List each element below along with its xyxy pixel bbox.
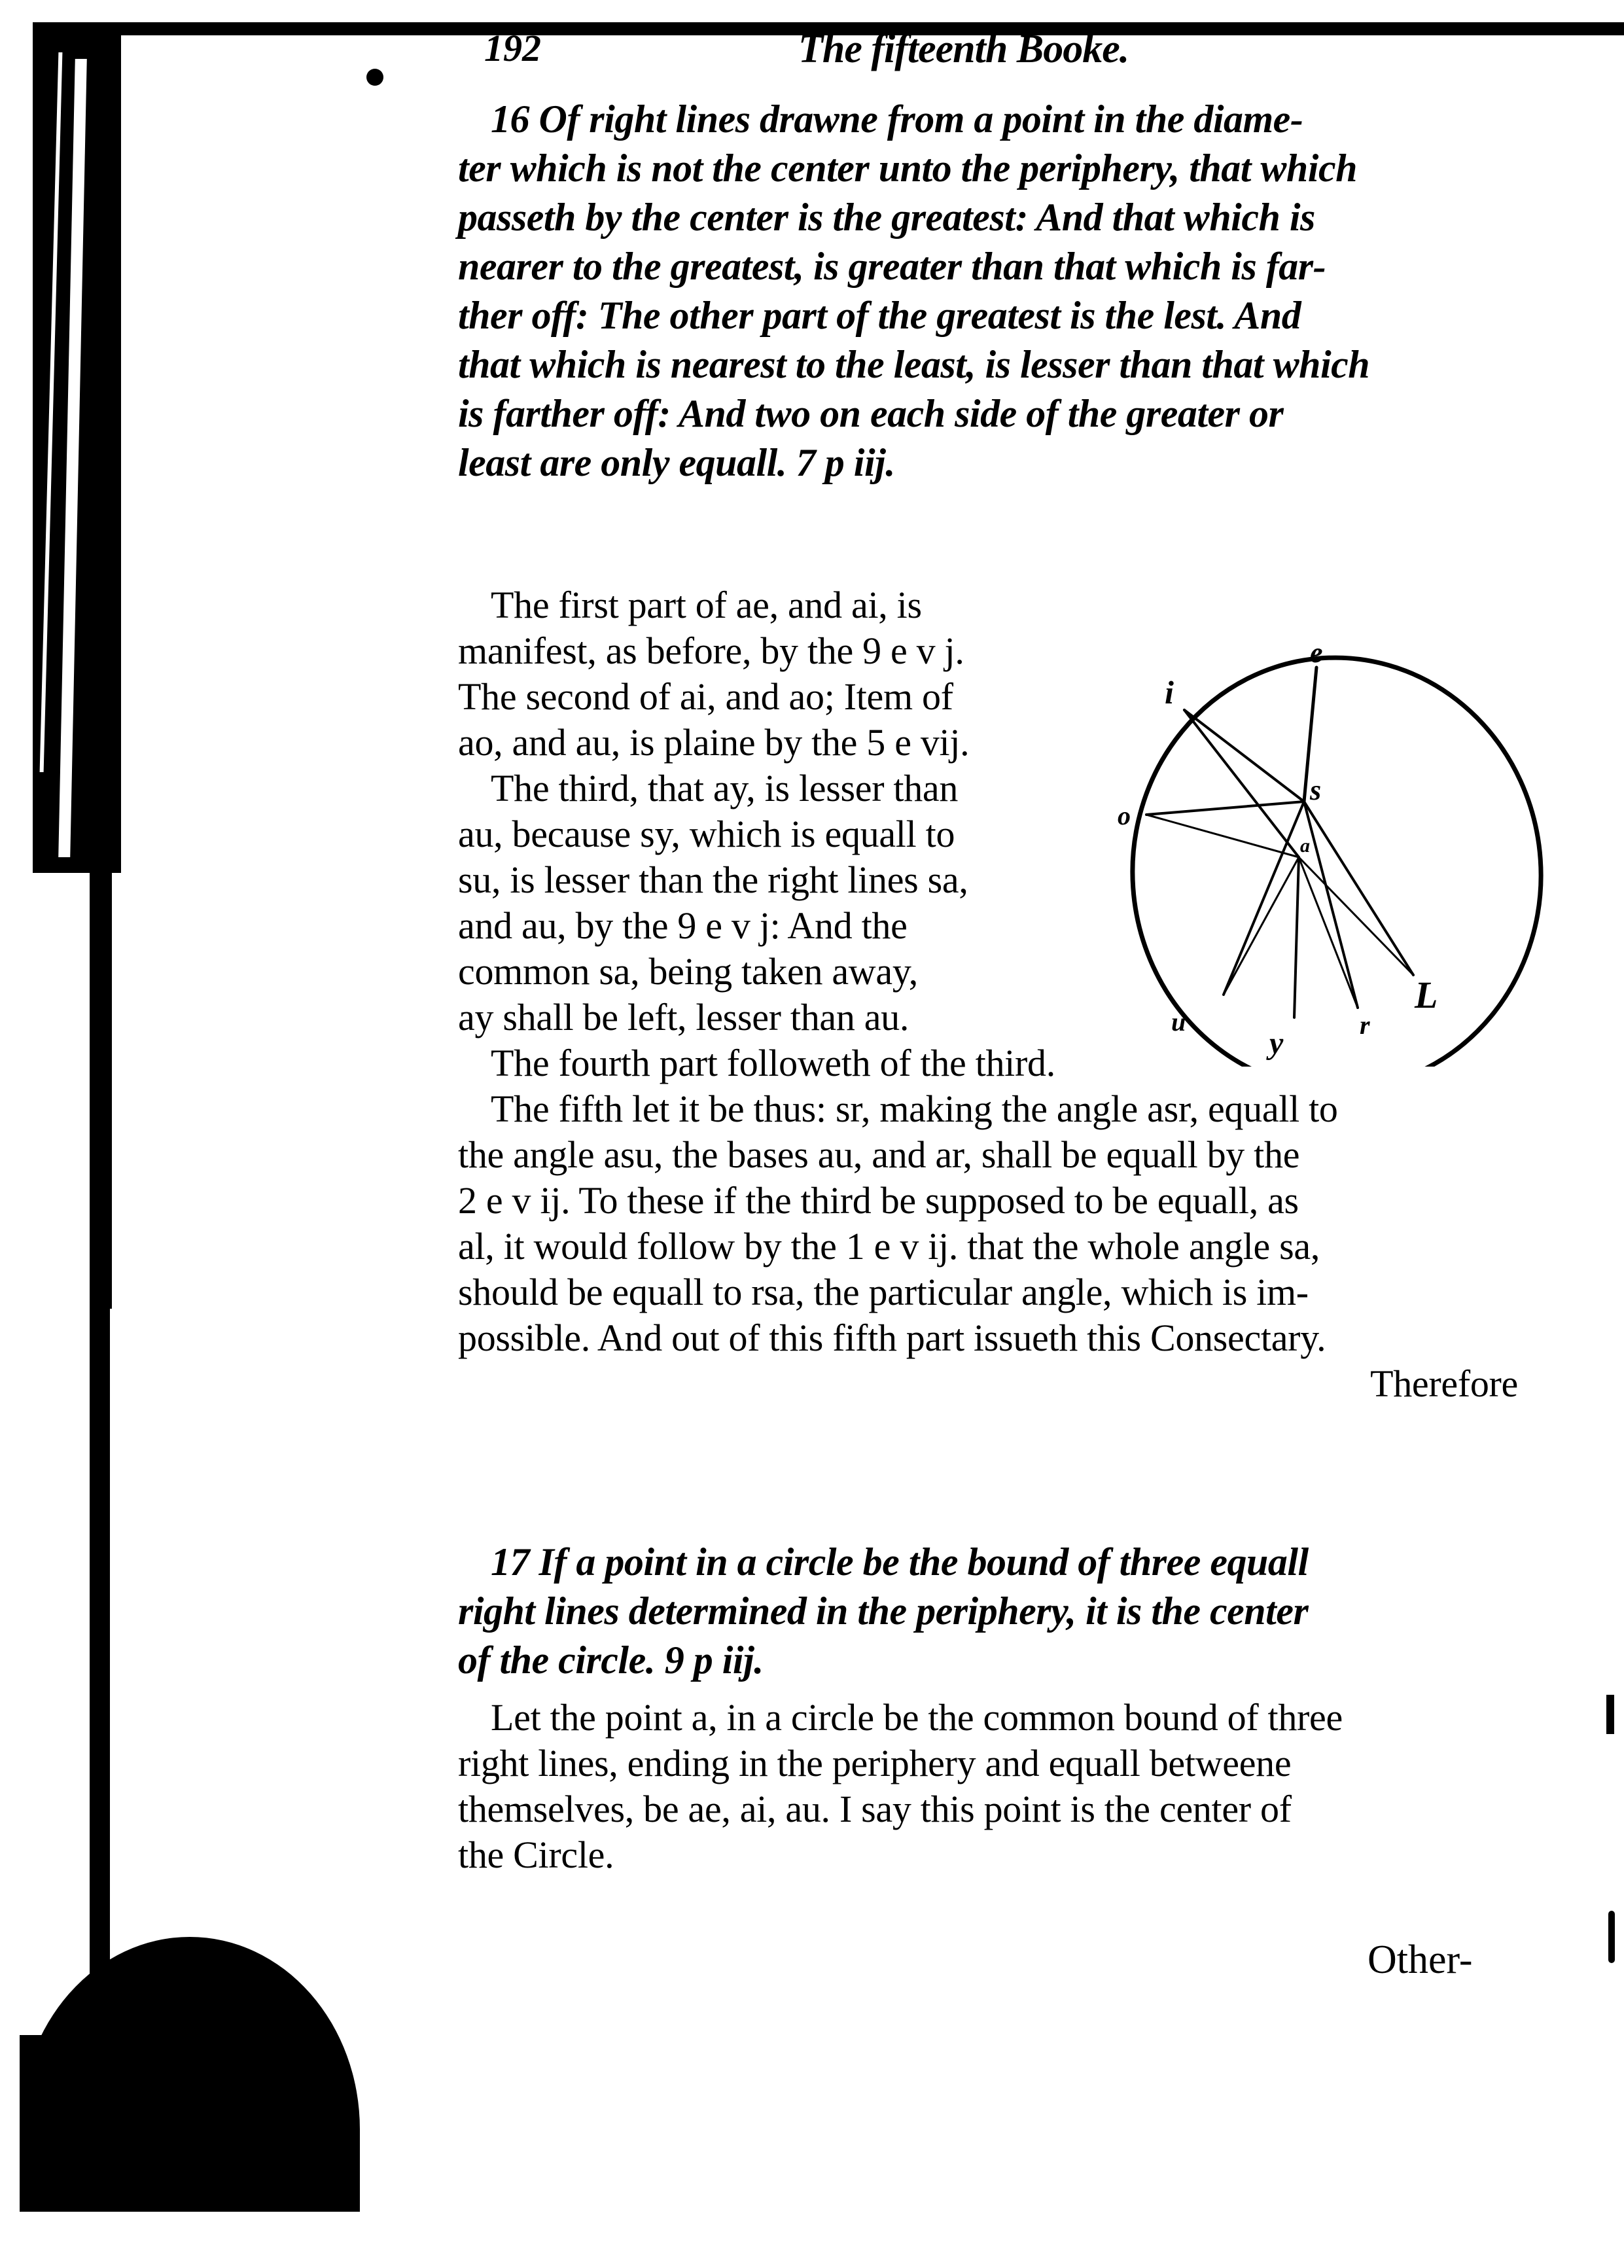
proof-line: possible. And out of this fifth part iss… <box>458 1315 1518 1361</box>
proposition-line: nearer to the greatest, is greater than … <box>458 242 1518 291</box>
proposition-line: is farther off: And two on each side of … <box>458 389 1518 438</box>
page-header: 192 The fifteenth Booke. <box>484 26 1400 79</box>
label-s: s <box>1309 774 1321 806</box>
catchword-therefore: Therefore <box>458 1361 1518 1407</box>
ink-spot <box>366 69 383 86</box>
label-e: e <box>1310 637 1323 669</box>
proof-line: 2 e v ij. To these if the third be suppo… <box>458 1178 1518 1224</box>
scan-corner-shadow <box>20 1937 360 2212</box>
bleed-through-mark <box>1606 1695 1614 1734</box>
proposition-line: ther off: The other part of the greatest… <box>458 291 1518 340</box>
label-a: a <box>1300 835 1310 857</box>
proof-line: manifest, as before, by the 9 e v j. <box>458 628 1099 674</box>
proposition-number: 16 <box>491 97 529 141</box>
label-u: u <box>1171 1007 1186 1037</box>
proof-16-column: The first part of ae, and ai, is manifes… <box>458 582 1099 1040</box>
circle-diagram: e i o s a u y r L <box>1112 622 1583 1067</box>
proof-line: and au, by the 9 e v j: And the <box>458 903 1099 949</box>
proof-line: common sa, being taken away, <box>458 949 1099 995</box>
proof-line: The first part of ae, and ai, is <box>458 582 1099 628</box>
proof-line: au, because sy, which is equall to <box>458 811 1099 857</box>
page-number: 192 <box>484 26 541 70</box>
label-o: o <box>1118 801 1131 830</box>
proof-line: should be equall to rsa, the particular … <box>458 1269 1518 1315</box>
proof-line: su, is lesser than the right lines sa, <box>458 857 1099 903</box>
proof-line: al, it would follow by the 1 e v ij. tha… <box>458 1224 1518 1269</box>
catchword: Other- <box>1368 1937 1473 1983</box>
proposition-line: 16 Of right lines drawne from a point in… <box>458 95 1518 144</box>
proof-line: the Circle. <box>458 1832 1518 1878</box>
proposition-line: 17 If a point in a circle be the bound o… <box>458 1538 1518 1587</box>
label-r: r <box>1360 1010 1370 1040</box>
label-y: y <box>1266 1026 1284 1061</box>
geometry-figure: e i o s a u y r L <box>1112 622 1583 1067</box>
proposition-17: 17 If a point in a circle be the bound o… <box>458 1538 1518 1685</box>
proposition-16: 16 Of right lines drawne from a point in… <box>458 95 1518 487</box>
proof-line: The third, that ay, is lesser than <box>458 766 1099 811</box>
proof-17: Let the point a, in a circle be the comm… <box>458 1695 1518 1878</box>
label-i: i <box>1165 674 1174 711</box>
proof-line: The second of ai, and ao; Item of <box>458 674 1099 720</box>
proposition-line: of the circle. 9 p iij. <box>458 1636 1518 1685</box>
proof-16-continued: The fourth part followeth of the third. … <box>458 1040 1518 1407</box>
proof-line: ay shall be left, lesser than au. <box>458 995 1099 1040</box>
proof-line: the angle asu, the bases au, and ar, sha… <box>458 1132 1518 1178</box>
proposition-line: passeth by the center is the greatest: A… <box>458 193 1518 242</box>
running-head: The fifteenth Booke. <box>798 26 1129 73</box>
page-gutter-shadow <box>90 851 112 2094</box>
proposition-line: ter which is not the center unto the per… <box>458 144 1518 193</box>
proof-line: Let the point a, in a circle be the comm… <box>458 1695 1518 1741</box>
proof-line: ao, and au, is plaine by the 5 e vij. <box>458 720 1099 766</box>
bleed-through-mark <box>1608 1911 1615 1963</box>
proof-line: The fifth let it be thus: sr, making the… <box>458 1086 1518 1132</box>
proposition-number: 17 <box>491 1540 529 1584</box>
label-l: L <box>1414 974 1438 1016</box>
proposition-line: that which is nearest to the least, is l… <box>458 340 1518 389</box>
proof-line: right lines, ending in the periphery and… <box>458 1741 1518 1786</box>
proposition-line: least are only equall. 7 p iij. <box>458 438 1518 487</box>
proposition-line: right lines determined in the periphery,… <box>458 1587 1518 1636</box>
proof-line: themselves, be ae, ai, au. I say this po… <box>458 1786 1518 1832</box>
